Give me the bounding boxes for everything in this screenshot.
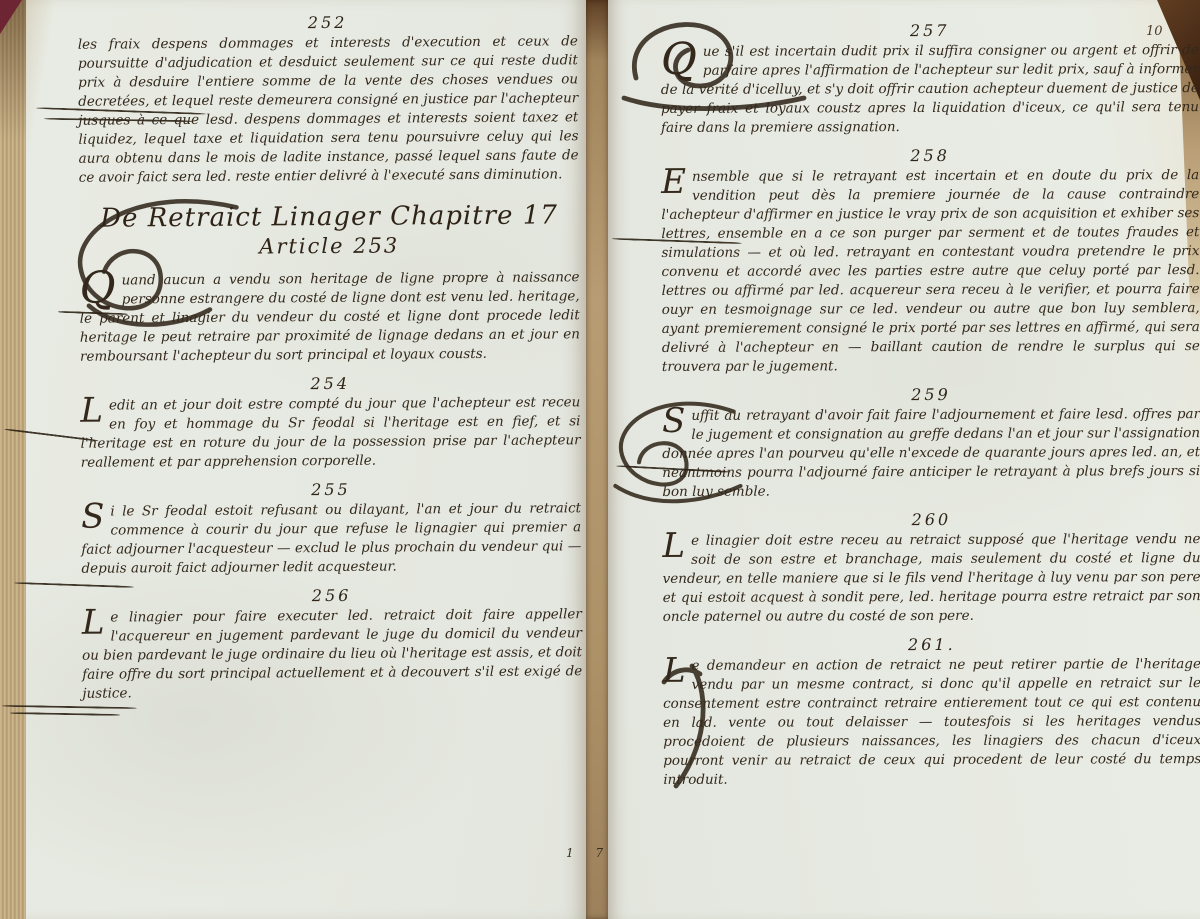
article-number-257: 257 — [661, 20, 1199, 41]
article-number-252: 252 — [78, 11, 578, 33]
article-number-261: 261. — [663, 634, 1200, 655]
left-page-text-column: 252 les fraix despens dommages et intere… — [78, 2, 583, 707]
article-number-254: 254 — [80, 372, 580, 394]
article-number-258: 258 — [661, 145, 1199, 166]
article-number-255: 255 — [81, 478, 581, 500]
article-number-260: 260 — [662, 509, 1200, 530]
article-252-text: les fraix despens dommages et interests … — [78, 32, 579, 187]
article-257-text: Que s'il est incertain dudit prix il suf… — [661, 41, 1199, 138]
article-253-text: Quand aucun a vendu son heritage de lign… — [79, 268, 580, 366]
right-page-text-column: 257 Que s'il est incertain dudit prix il… — [661, 11, 1200, 794]
article-255-text: Si le Sr feodal estoit refusant ou dilay… — [81, 499, 582, 578]
article-260-text: Le linagier doit estre receu au retraict… — [662, 530, 1200, 627]
article-258-text: Ensemble que si le retrayant est incerta… — [661, 166, 1200, 377]
article-259-text: Suffit au retrayant d'avoir fait faire l… — [662, 405, 1200, 502]
article-256-text: Le linagier pour faire executer led. ret… — [82, 605, 583, 703]
chapter-article-label: Article 253 — [79, 232, 579, 259]
manuscript-book-photo: 10 1 7 252 les fraix despens dommages et… — [0, 0, 1200, 919]
article-254-text: Ledit an et jour doit estre compté du jo… — [80, 393, 581, 472]
article-number-256: 256 — [82, 584, 582, 606]
left-page-edge-stack — [0, 0, 26, 919]
quire-marks: 1 7 — [566, 846, 612, 860]
chapter-title: De Retraict Linager Chapitre 17 — [79, 200, 579, 233]
article-261-text: Le demandeur en action de retraict ne pe… — [663, 655, 1200, 790]
article-number-259: 259 — [662, 384, 1200, 405]
